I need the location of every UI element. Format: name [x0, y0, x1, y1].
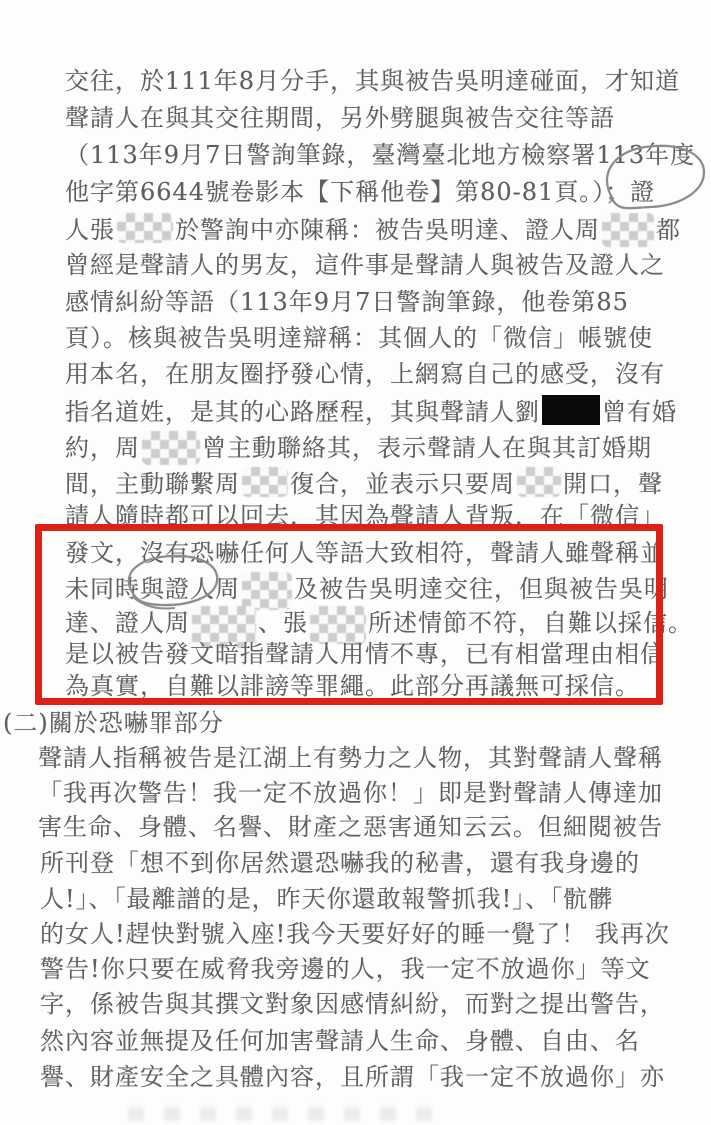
line-text: 發文，沒有恐嚇任何人等語大致相符，聲請人雖聲稱並: [65, 539, 665, 567]
text-line: 警告!你只要在威脅我旁邊的人，我一定不放過你」等文: [40, 954, 651, 984]
line-text: 聲請人在與其交往期間，另外劈腿與被告交往等語: [65, 104, 615, 132]
text-line: 為真實，自難以誹謗等罪繩。此部分再議無可採信。: [65, 671, 640, 701]
line-text: 間，主動聯繫周: [65, 470, 240, 498]
line-text: (二)關於恐嚇罪部分: [3, 709, 224, 737]
line-text: 達、證人周: [65, 609, 190, 637]
text-line: 交往，於111年8月分手，其與被告吳明達碰面，才知道: [65, 66, 680, 96]
line-text: 的女人!趕快對號入座!我今天要好好的睡一覺了！ 我再次: [40, 920, 670, 948]
line-text: 害生命、身體、名譽、財產之惡害通知云云。但細閱被告: [38, 813, 663, 841]
text-line: 「我再次警告！我一定不放過你！」即是對聲請人傳達加: [38, 778, 663, 808]
mosaic-redaction: [242, 467, 288, 497]
line-text: 於警詢中亦陳稱：被告吳明達、證人周: [175, 216, 600, 244]
text-line: 曾經是聲請人的男友，這件事是聲請人與被告及證人之: [65, 250, 665, 280]
text-line: 發文，沒有恐嚇任何人等語大致相符，聲請人雖聲稱並: [65, 538, 665, 568]
text-line: 頁）。核與被告吳明達辯稱：其個人的「微信」帳號使: [65, 323, 653, 353]
text-line: 用本名，在朋友圈抒發心情，上網寫自己的感受，沒有: [65, 359, 665, 389]
text-line: 約，周曾主動聯絡其，表示聲請人在與其訂婚期: [65, 431, 652, 465]
line-text: 「我再次警告！我一定不放過你！」即是對聲請人傳達加: [38, 779, 663, 807]
line-text: 開口，聲: [563, 470, 663, 498]
line-text: 都: [656, 216, 681, 244]
line-text: 曾主動聯絡其，表示聲請人在與其訂婚期: [202, 434, 652, 462]
text-line: （113年9月7日警詢筆錄，臺灣臺北地方檢察署113年度: [65, 140, 695, 170]
text-line: 指名道姓，是其的心路歷程，其與聲請人劉曾有婚: [65, 395, 677, 427]
mosaic-redaction: [242, 572, 292, 610]
mosaic-redaction: [117, 213, 173, 243]
text-line: 請人隨時都可以回去，其因為聲請人背叛，在「微信」: [65, 501, 665, 531]
line-text: 請人隨時都可以回去，其因為聲請人背叛，在「微信」: [65, 502, 665, 530]
line-text: 譽、財產安全之具體內容，且所謂「我一定不放過你」亦: [40, 1063, 665, 1091]
text-line: 他字第6644號卷影本【下稱他卷】第80-81頁。）；證: [65, 177, 655, 207]
line-text: 聲請人指稱被告是江湖上有勢力之人物，其對聲請人聲稱: [38, 744, 663, 772]
text-line: 的女人!趕快對號入座!我今天要好好的睡一覺了！ 我再次: [40, 919, 670, 949]
text-line: 所刊登「想不到你居然還恐嚇我的秘書，還有我身邊的: [40, 848, 640, 878]
line-text: 曾有婚: [602, 398, 677, 426]
faded-partial-text-line: [128, 1107, 438, 1121]
text-line: 人!」、「最離譜的是，昨天你還敢報警抓我!」、「骯髒: [40, 884, 613, 914]
mosaic-redaction: [517, 467, 561, 497]
text-line: 聲請人在與其交往期間，另外劈腿與被告交往等語: [65, 103, 615, 133]
mosaic-redaction: [602, 213, 654, 247]
line-text: 未同時與證人周: [65, 575, 240, 603]
line-text: 所刊登「想不到你居然還恐嚇我的秘書，還有我身邊的: [40, 849, 640, 877]
line-text: 為真實，自難以誹謗等罪繩。此部分再議無可採信。: [65, 672, 640, 700]
text-line: 譽、財產安全之具體內容，且所謂「我一定不放過你」亦: [40, 1062, 665, 1092]
black-redaction-box: [542, 395, 600, 425]
line-text: 曾經是聲請人的男友，這件事是聲請人與被告及證人之: [65, 251, 665, 279]
line-text: 所述情節不符，自難以採信。: [368, 609, 693, 637]
line-text: 及被告吳明達交往，但與被告吳明: [294, 575, 669, 603]
scanned-document-page: 交往，於111年8月分手，其與被告吳明達碰面，才知道聲請人在與其交往期間，另外劈…: [0, 0, 711, 1125]
line-text: 復合，並表示只要周: [290, 470, 515, 498]
line-text: 他字第6644號卷影本【下稱他卷】第80-81頁。）；證: [65, 178, 655, 206]
text-line: 然內容並無提及任何加害聲請人生命、身體、自由、名: [40, 1026, 640, 1056]
line-text: 警告!你只要在威脅我旁邊的人，我一定不放過你」等文: [40, 955, 651, 983]
line-text: 是以被告發文暗指聲請人用情不專，已有相當理由相信: [65, 640, 665, 668]
text-line: 未同時與證人周及被告吳明達交往，但與被告吳明: [65, 572, 669, 610]
line-text: 感情糾紛等語（113年9月7日警詢筆錄，他卷第85: [65, 288, 629, 316]
line-text: 指名道姓，是其的心路歷程，其與聲請人劉: [65, 398, 540, 426]
text-line: 害生命、身體、名譽、財產之惡害通知云云。但細閱被告: [38, 812, 663, 842]
line-text: 頁）。核與被告吳明達辯稱：其個人的「微信」帳號使: [65, 324, 653, 352]
text-line: (二)關於恐嚇罪部分: [3, 708, 224, 738]
line-text: 用本名，在朋友圈抒發心情，上網寫自己的感受，沒有: [65, 360, 665, 388]
text-line: 聲請人指稱被告是江湖上有勢力之人物，其對聲請人聲稱: [38, 743, 663, 773]
line-text: 、張: [258, 609, 308, 637]
mosaic-redaction: [142, 431, 200, 465]
line-text: 字，係被告與其撰文對象因感情糾紛，而對之提出警告，: [40, 990, 665, 1018]
line-text: 人!」、「最離譜的是，昨天你還敢報警抓我!」、「骯髒: [40, 885, 613, 913]
text-line: 間，主動聯繫周復合，並表示只要周開口，聲: [65, 467, 663, 499]
line-text: 約，周: [65, 434, 140, 462]
line-text: （113年9月7日警詢筆錄，臺灣臺北地方檢察署113年度: [65, 141, 695, 169]
text-line: 是以被告發文暗指聲請人用情不專，已有相當理由相信: [65, 639, 665, 669]
line-text: 人張: [65, 216, 115, 244]
line-text: 然內容並無提及任何加害聲請人生命、身體、自由、名: [40, 1027, 640, 1055]
text-line: 人張於警詢中亦陳稱：被告吳明達、證人周都: [65, 213, 681, 247]
line-text: 交往，於111年8月分手，其與被告吳明達碰面，才知道: [65, 67, 680, 95]
text-line: 感情糾紛等語（113年9月7日警詢筆錄，他卷第85: [65, 287, 629, 317]
text-line: 字，係被告與其撰文對象因感情糾紛，而對之提出警告，: [40, 989, 665, 1019]
